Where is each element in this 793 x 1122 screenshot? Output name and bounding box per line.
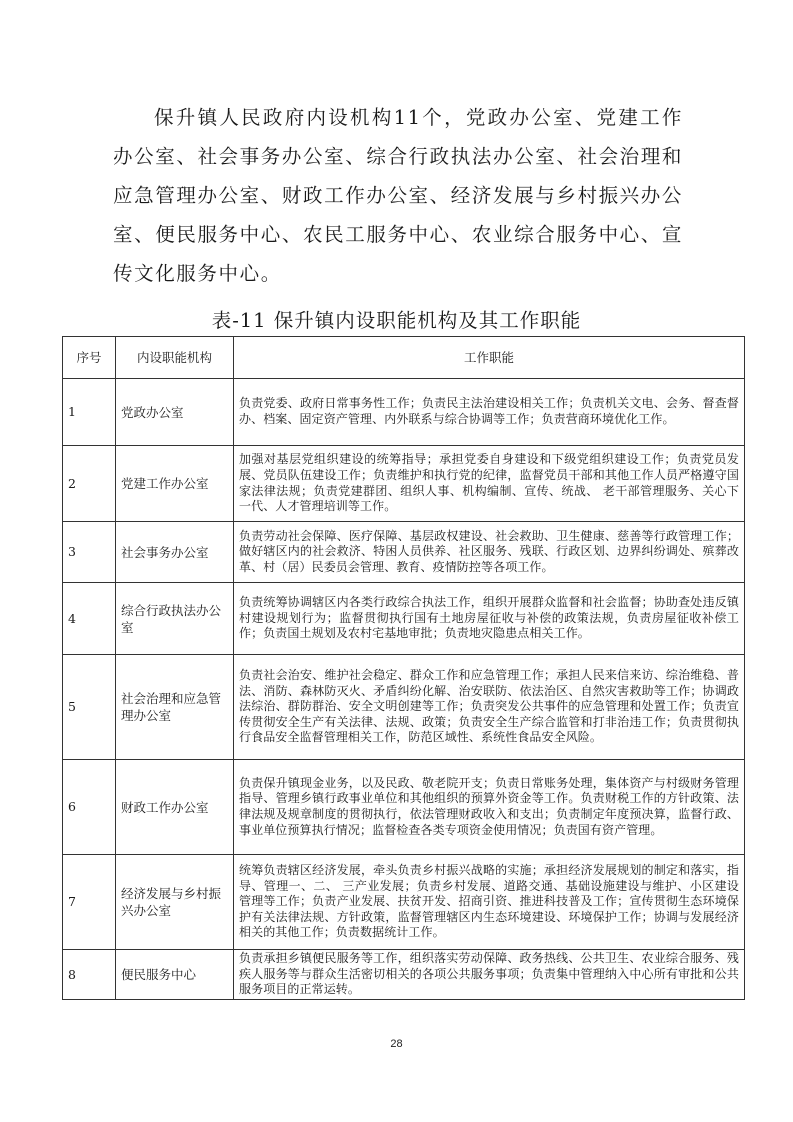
functions-table: 序号 内设职能机构 工作职能 1 党政办公室 负责党委、政府日常事务性工作；负责… — [62, 336, 745, 1000]
duty-text: 负责统筹协调辖区内各类行政综合执法工作，组织开展群众监督和社会监督；协助查处违反… — [234, 583, 745, 655]
row-number: 1 — [63, 379, 116, 446]
table-row: 5 社会治理和应急管理办公室 负责社会治安、维护社会稳定、群众工作和应急管理工作… — [63, 655, 745, 760]
row-number: 6 — [63, 760, 116, 855]
org-name: 便民服务中心 — [116, 950, 234, 1000]
table-row: 7 经济发展与乡村振兴办公室 统筹负责辖区经济发展，牵头负责乡村振兴战略的实施；… — [63, 855, 745, 950]
org-name: 党建工作办公室 — [116, 446, 234, 522]
row-number: 3 — [63, 522, 116, 583]
org-name: 综合行政执法办公室 — [116, 583, 234, 655]
header-org: 内设职能机构 — [116, 337, 234, 379]
duty-text: 负责党委、政府日常事务性工作；负责民主法治建设相关工作；负责机关文电、会务、督查… — [234, 379, 745, 446]
table-row: 8 便民服务中心 负责承担乡镇便民服务等工作，组织落实劳动保障、政务热线、公共卫… — [63, 950, 745, 1000]
org-name: 经济发展与乡村振兴办公室 — [116, 855, 234, 950]
table-caption: 表-11 保升镇内设职能机构及其工作职能 — [0, 305, 793, 333]
table-row: 1 党政办公室 负责党委、政府日常事务性工作；负责民主法治建设相关工作；负责机关… — [63, 379, 745, 446]
document-page: 保升镇人民政府内设机构11个，党政办公室、党建工作办公室、社会事务办公室、综合行… — [0, 0, 793, 1122]
duty-text: 负责承担乡镇便民服务等工作，组织落实劳动保障、政务热线、公共卫生、农业综合服务、… — [234, 950, 745, 1000]
duty-text: 统筹负责辖区经济发展，牵头负责乡村振兴战略的实施；承担经济发展规划的制定和落实，… — [234, 855, 745, 950]
org-name: 财政工作办公室 — [116, 760, 234, 855]
org-name: 党政办公室 — [116, 379, 234, 446]
header-no: 序号 — [63, 337, 116, 379]
table-row: 3 社会事务办公室 负责劳动社会保障、医疗保障、基层政权建设、社会救助、卫生健康… — [63, 522, 745, 583]
duty-text: 负责劳动社会保障、医疗保障、基层政权建设、社会救助、卫生健康、慈善等行政管理工作… — [234, 522, 745, 583]
header-duty: 工作职能 — [234, 337, 745, 379]
intro-paragraph: 保升镇人民政府内设机构11个，党政办公室、党建工作办公室、社会事务办公室、综合行… — [113, 98, 683, 293]
row-number: 2 — [63, 446, 116, 522]
row-number: 4 — [63, 583, 116, 655]
table-row: 2 党建工作办公室 加强对基层党组织建设的统筹指导；承担党委自身建设和下级党组织… — [63, 446, 745, 522]
org-name: 社会治理和应急管理办公室 — [116, 655, 234, 760]
row-number: 5 — [63, 655, 116, 760]
table-header-row: 序号 内设职能机构 工作职能 — [63, 337, 745, 379]
duty-text: 加强对基层党组织建设的统筹指导；承担党委自身建设和下级党组织建设工作；负责党员发… — [234, 446, 745, 522]
table-row: 6 财政工作办公室 负责保升镇现金业务，以及民政、敬老院开支；负责日常账务处理，… — [63, 760, 745, 855]
row-number: 7 — [63, 855, 116, 950]
page-number: 28 — [0, 1038, 793, 1050]
duty-text: 负责保升镇现金业务，以及民政、敬老院开支；负责日常账务处理，集体资产与村级财务管… — [234, 760, 745, 855]
table-row: 4 综合行政执法办公室 负责统筹协调辖区内各类行政综合执法工作，组织开展群众监督… — [63, 583, 745, 655]
org-name: 社会事务办公室 — [116, 522, 234, 583]
duty-text: 负责社会治安、维护社会稳定、群众工作和应急管理工作；承担人民来信来访、综治维稳、… — [234, 655, 745, 760]
row-number: 8 — [63, 950, 116, 1000]
